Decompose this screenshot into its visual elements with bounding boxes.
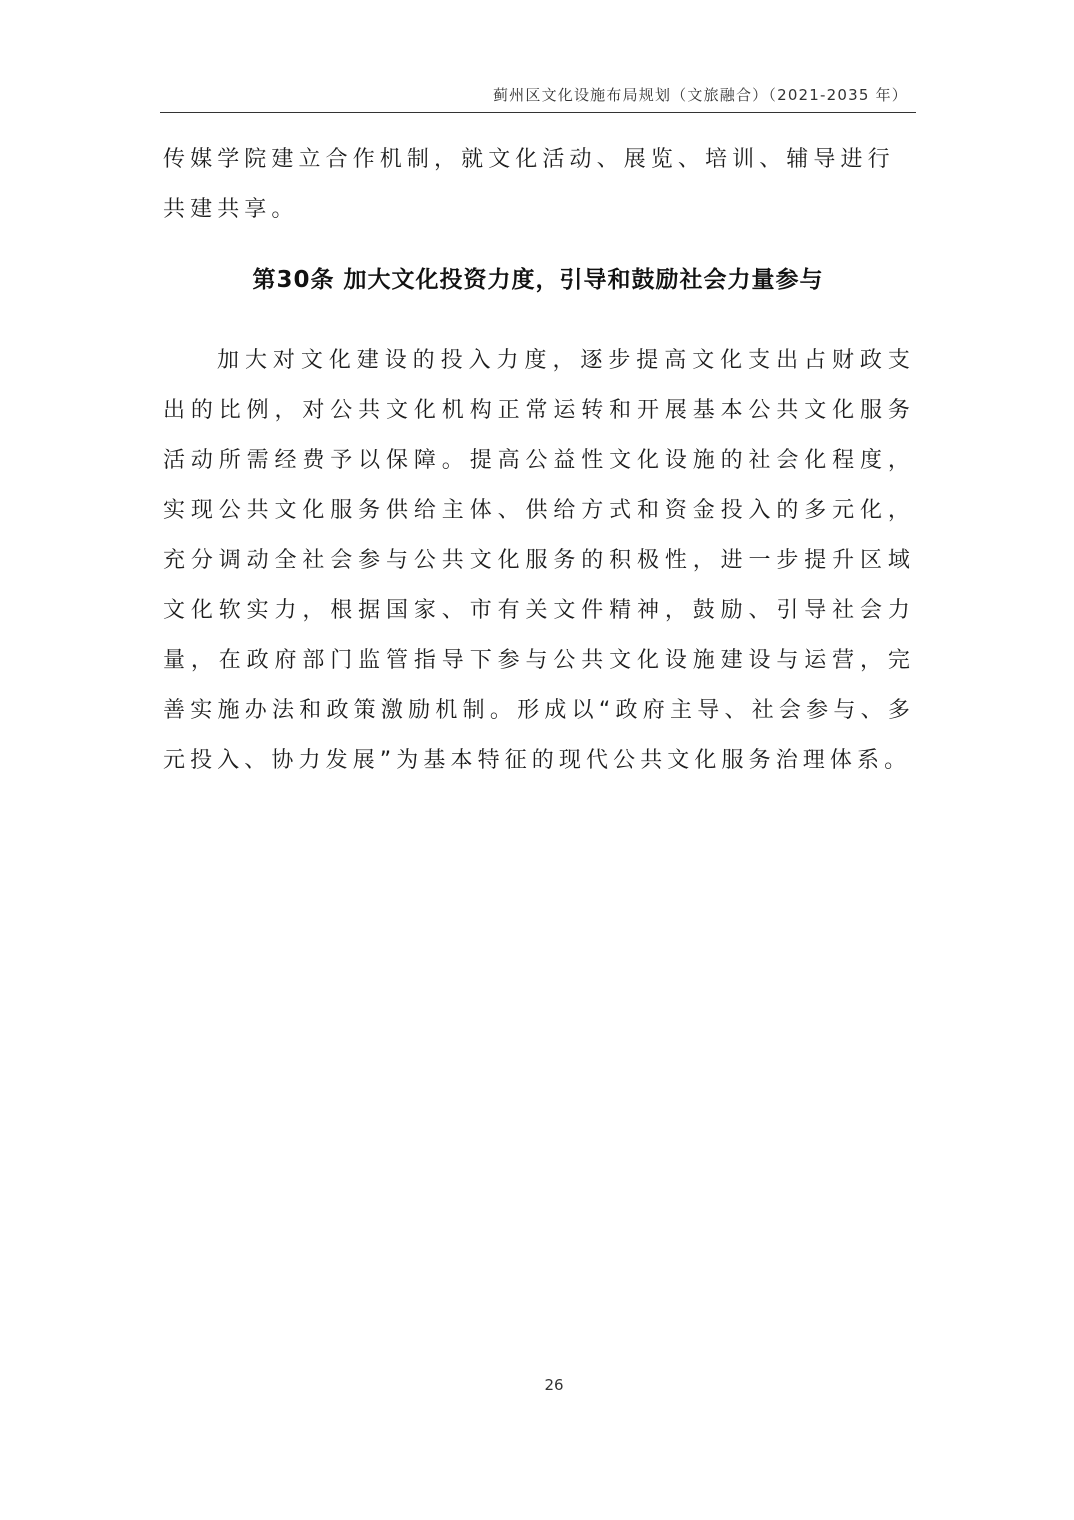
page-header: 蓟州区文化设施布局规划（文旅融合）（2021-2035 年） (160, 84, 916, 113)
running-title: 蓟州区文化设施布局规划（文旅融合）（2021-2035 年） (493, 86, 916, 104)
page-number: 26 (0, 1376, 1074, 1394)
section-paragraph: 加大对文化建设的投入力度，逐步提高文化支出占财政支出的比例，对公共文化机构正常运… (163, 336, 915, 786)
continued-paragraph: 传媒学院建立合作机制，就文化活动、展览、培训、辅导进行共建共享。 (163, 135, 915, 235)
section-title: 第30条 加大文化投资力度，引导和鼓励社会力量参与 (160, 262, 916, 298)
